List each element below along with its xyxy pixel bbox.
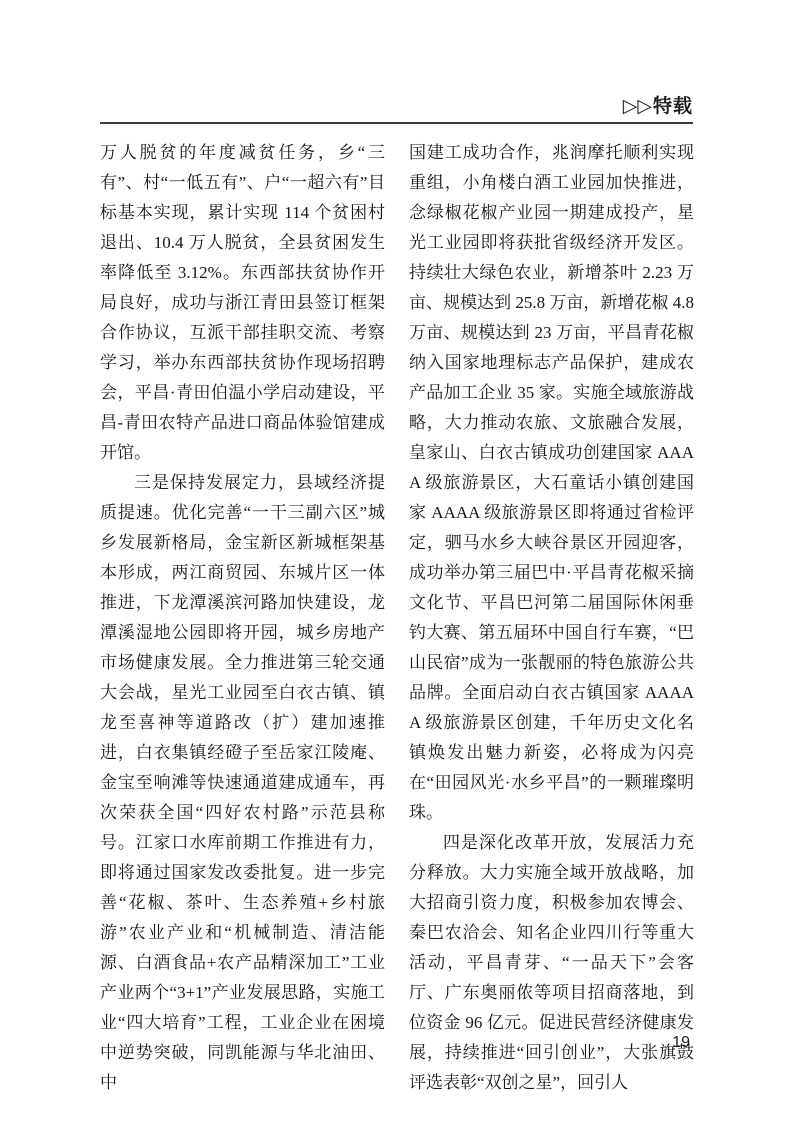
right-column: 国建工成功合作，兆润摩托顺利实现重组，小角楼白酒工业园加快推进，念绿椒花椒产业园… — [409, 138, 694, 1098]
paragraph: 国建工成功合作，兆润摩托顺利实现重组，小角楼白酒工业园加快推进，念绿椒花椒产业园… — [409, 138, 694, 828]
page-header: ▷▷特载 — [100, 95, 693, 119]
paragraph: 三是保持发展定力，县域经济提质提速。优化完善“一干三副六区”城乡发展新格局，金宝… — [100, 468, 385, 1098]
section-title: 特载 — [653, 96, 693, 117]
page-number: 19 — [100, 1034, 690, 1052]
document-page: ▷▷特载 万人脱贫的年度减贫任务，乡“三有”、村“一低五有”、户“一超六有”目标… — [0, 0, 793, 1122]
paragraph: 万人脱贫的年度减贫任务，乡“三有”、村“一低五有”、户“一超六有”目标基本实现，… — [100, 138, 385, 468]
left-column: 万人脱贫的年度减贫任务，乡“三有”、村“一低五有”、户“一超六有”目标基本实现，… — [100, 138, 385, 1098]
article-body: 万人脱贫的年度减贫任务，乡“三有”、村“一低五有”、户“一超六有”目标基本实现，… — [100, 138, 694, 1098]
double-triangle-icon: ▷▷ — [623, 96, 652, 117]
paragraph: 四是深化改革开放，发展活力充分释放。大力实施全域开放战略，加大招商引资力度，积极… — [409, 828, 694, 1098]
header-divider — [100, 122, 693, 124]
